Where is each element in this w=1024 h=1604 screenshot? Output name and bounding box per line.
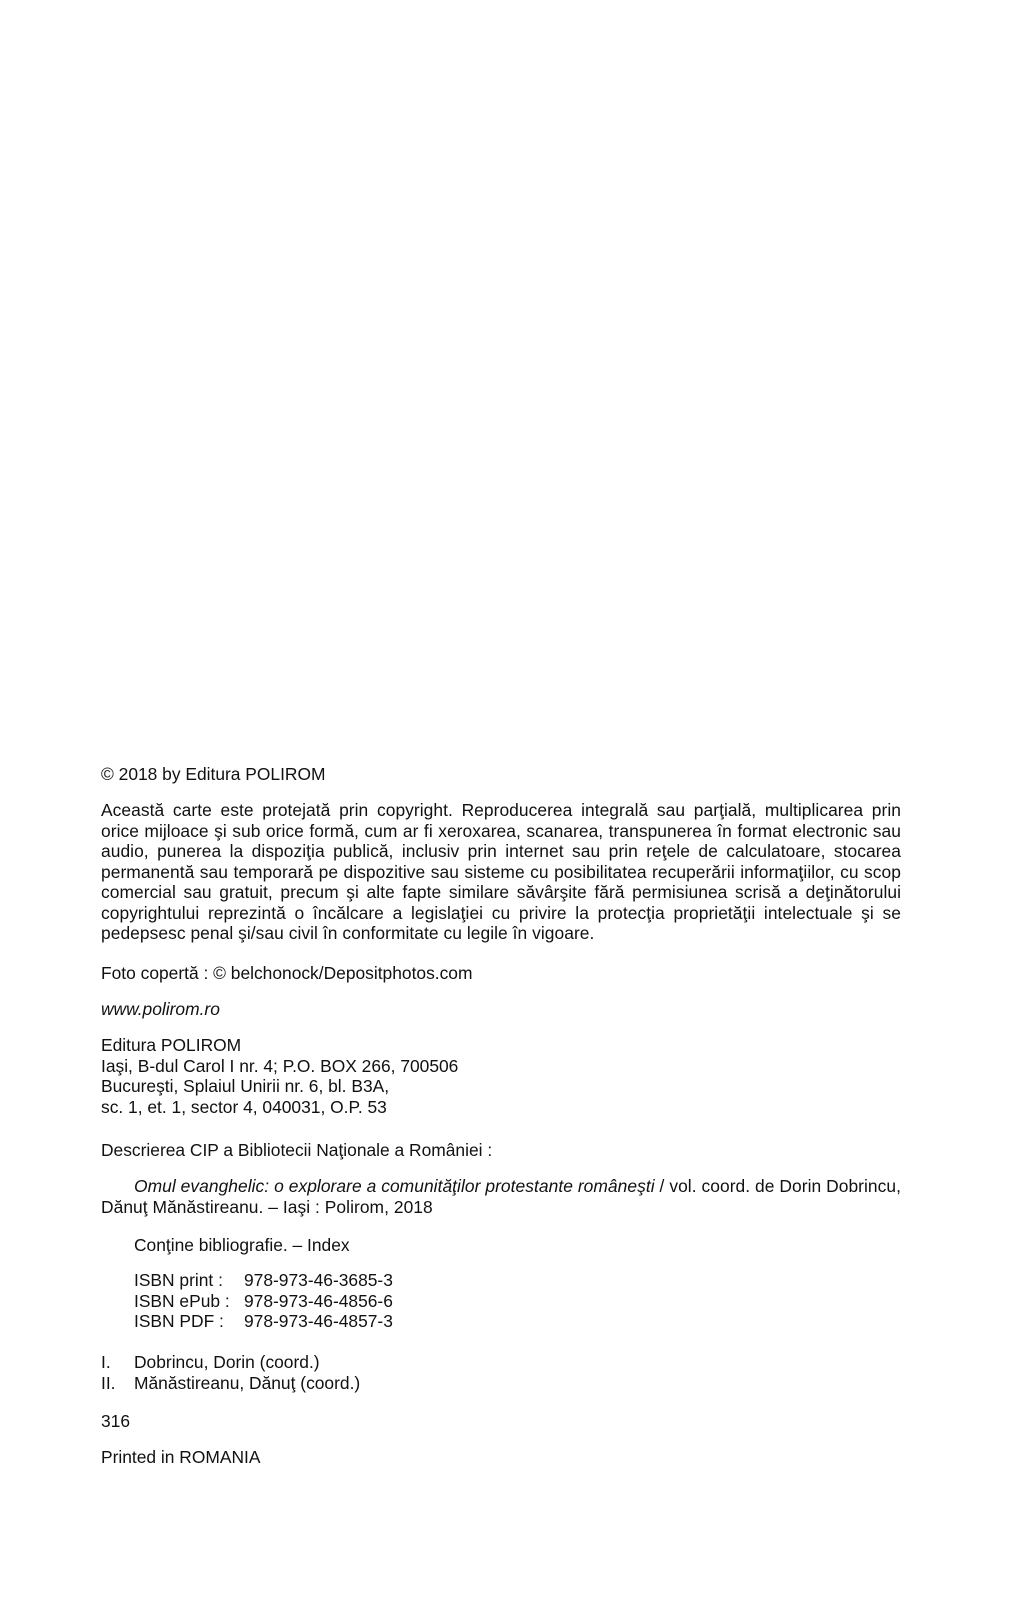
isbn-list: ISBN print : 978-973-46-3685-3 ISBN ePub…	[101, 1270, 934, 1332]
website-link[interactable]: www.polirom.ro	[101, 999, 901, 1020]
isbn-label: ISBN ePub :	[134, 1291, 244, 1312]
isbn-row: ISBN PDF : 978-973-46-4857-3	[134, 1311, 934, 1332]
classification-number: 316	[101, 1411, 901, 1432]
contributor-name: Dobrincu, Dorin (coord.)	[134, 1352, 320, 1373]
isbn-row: ISBN ePub : 978-973-46-4856-6	[134, 1291, 934, 1312]
cover-photo-credit: Foto copertă : © belchonock/Depositphoto…	[101, 963, 901, 984]
publisher-address: Editura POLIROM Iaşi, B-dul Carol I nr. …	[101, 1035, 901, 1117]
isbn-row: ISBN print : 978-973-46-3685-3	[134, 1270, 934, 1291]
cip-title: Omul evanghelic: o explorare a comunităţ…	[101, 1176, 901, 1217]
isbn-label: ISBN print :	[134, 1270, 244, 1291]
address-line: Bucureşti, Splaiul Unirii nr. 6, bl. B3A…	[101, 1076, 901, 1097]
copyright-notice: Această carte este protejată prin copyri…	[101, 800, 901, 944]
printed-in: Printed in ROMANIA	[101, 1447, 901, 1468]
contributor-number: I.	[101, 1352, 134, 1373]
address-line: Iaşi, B-dul Carol I nr. 4; P.O. BOX 266,…	[101, 1056, 901, 1077]
copyright-line: © 2018 by Editura POLIROM	[101, 764, 901, 785]
isbn-value: 978-973-46-4856-6	[244, 1291, 393, 1312]
contributor-name: Mănăstireanu, Dănuţ (coord.)	[134, 1373, 360, 1394]
cip-heading: Descrierea CIP a Bibliotecii Naţionale a…	[101, 1140, 901, 1161]
contributor-item: II. Mănăstireanu, Dănuţ (coord.)	[101, 1373, 901, 1394]
contributors-list: I. Dobrincu, Dorin (coord.) II. Mănăstir…	[101, 1352, 901, 1393]
contributor-number: II.	[101, 1373, 134, 1394]
contributor-item: I. Dobrincu, Dorin (coord.)	[101, 1352, 901, 1373]
isbn-label: ISBN PDF :	[134, 1311, 244, 1332]
publisher-name: Editura POLIROM	[101, 1035, 901, 1056]
isbn-value: 978-973-46-3685-3	[244, 1270, 393, 1291]
isbn-value: 978-973-46-4857-3	[244, 1311, 393, 1332]
address-line: sc. 1, et. 1, sector 4, 040031, O.P. 53	[101, 1097, 901, 1118]
book-title: Omul evanghelic: o explorare a comunităţ…	[134, 1176, 655, 1196]
contents-note: Conţine bibliografie. – Index	[101, 1235, 934, 1256]
